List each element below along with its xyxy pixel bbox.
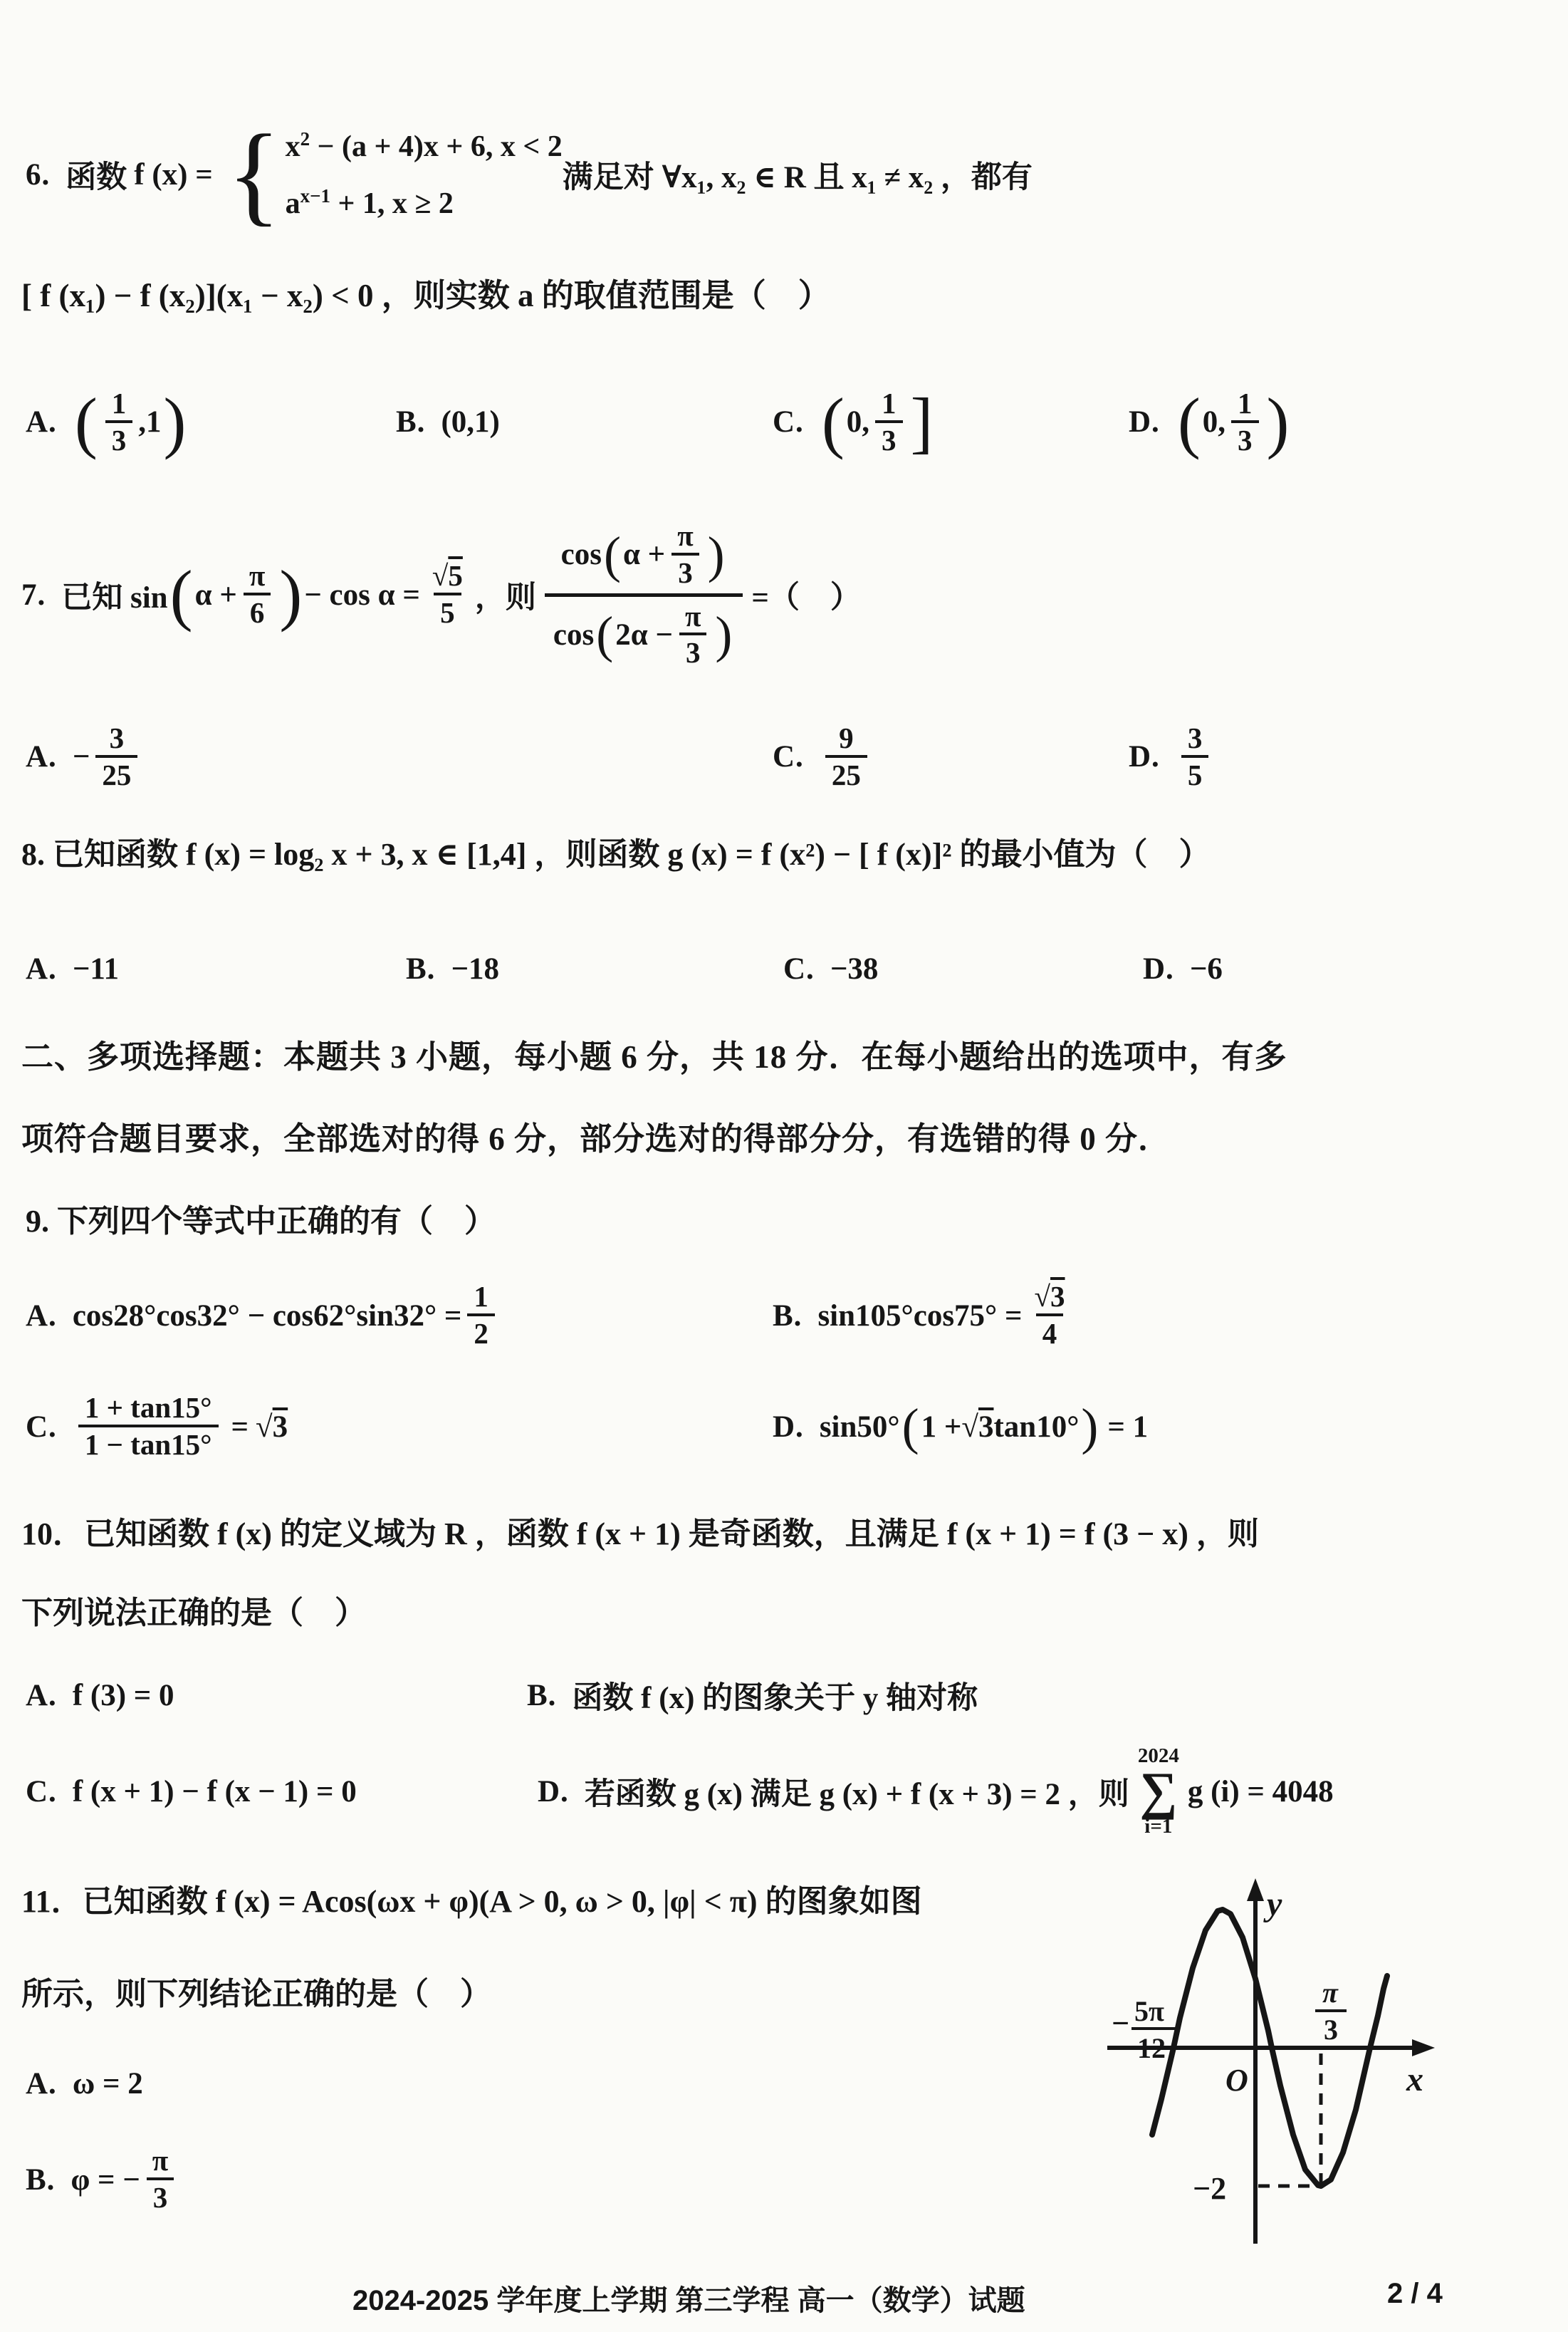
- q7-number: 7.: [21, 578, 46, 613]
- q6-a-open-paren: (: [75, 388, 98, 457]
- q6-option-c: C. ( 0, 13 ]: [773, 360, 936, 484]
- q8-a-value: −11: [73, 952, 119, 987]
- q6-tail: 满足对 ∀x₁, x₂ ∈ R 且 x₁ ≠ x₂ ，都有: [563, 153, 1033, 197]
- q9-option-b-label: B.: [773, 1298, 802, 1333]
- q9-d-pre: sin50°: [820, 1410, 900, 1445]
- q10-option-d-label: D.: [538, 1774, 569, 1809]
- q11-b-fraction: π3: [146, 2145, 174, 2214]
- question-11-stem-line-2: 所示，则下列结论正确的是（ ）: [21, 1968, 491, 2014]
- q10-d-pre: 若函数 g (x) 满足 g (x) + f (x + 3) = 2 ，则: [585, 1770, 1129, 1813]
- q10-b-value: 函数 f (x) 的图象关于 y 轴对称: [572, 1674, 978, 1717]
- q7-num-pi-3: π3: [671, 520, 699, 590]
- q6-a-close-paren: ): [164, 388, 187, 457]
- exam-page: 6. 函数 f (x) = { x2 − (a + 4)x + 6, x < 2…: [0, 0, 1568, 2332]
- y-axis-label: y: [1263, 1885, 1282, 1923]
- q8-option-b-label: B.: [406, 952, 435, 987]
- q6-option-a-label: A.: [26, 405, 57, 439]
- q6-option-d: D. ( 0, 13 ): [1129, 360, 1292, 484]
- q11-option-a: A. ω = 2: [26, 2062, 143, 2105]
- q6-option-c-label: C.: [773, 405, 804, 439]
- q10-d-summation: 2024 ∑ i=1: [1138, 1746, 1179, 1837]
- q6-option-d-label: D.: [1129, 405, 1160, 439]
- q6-feq: f (x) =: [134, 157, 212, 192]
- footer-page-text: 2 / 4: [1387, 2278, 1443, 2310]
- q6-d-pre: 0,: [1203, 405, 1225, 439]
- q9-a-lhs: cos28°cos32° − cos62°sin32° =: [73, 1298, 462, 1333]
- q9-b-lhs: sin105°cos75° =: [817, 1298, 1022, 1333]
- q7-mid: − cos α =: [304, 578, 420, 613]
- q10-option-a: A. f (3) = 0: [26, 1670, 174, 1720]
- q10-d-sum-lower: i=1: [1144, 1816, 1172, 1837]
- q6-c-pre: 0,: [847, 405, 869, 439]
- q7-option-c-label: C.: [773, 739, 804, 774]
- q9-d-inner-2: tan10°: [993, 1410, 1079, 1445]
- q9-option-a: A. cos28°cos32° − cos62°sin32° = 12: [26, 1262, 501, 1369]
- x-axis-arrow: [1412, 2039, 1435, 2056]
- q6-brace: {: [227, 124, 281, 225]
- q6-a-rest: ,1: [138, 405, 161, 439]
- q8-option-d: D. −6: [1143, 944, 1223, 994]
- question-11-stem-line-1: 11．已知函数 f (x) = Acos(ωx + φ)(A > 0, ω > …: [21, 1875, 922, 1921]
- q9-c-fraction: 1 + tan15°1 − tan15°: [78, 1392, 219, 1462]
- q6-piecewise: x2 − (a + 4)x + 6, x < 2 ax−1 + 1, x ≥ 2: [286, 128, 563, 221]
- q7-pi-6-fraction: π6: [243, 560, 271, 630]
- q9-option-c-label: C.: [26, 1410, 57, 1445]
- q10-a-value: f (3) = 0: [73, 1678, 174, 1713]
- q8-c-value: −38: [830, 952, 879, 987]
- q6-option-a: A. ( 13 ,1 ): [26, 360, 189, 484]
- q7-den-pi-3: π3: [679, 600, 707, 670]
- q7-big-numerator: cos ( α + π3 ): [553, 516, 736, 593]
- q7-big-fraction: cos ( α + π3 ) cos ( 2α − π3 ): [545, 516, 743, 674]
- function-graph: y x O −2 − 5π 12 π 3: [1079, 1855, 1563, 2283]
- q9-c-equals: =: [231, 1410, 249, 1445]
- q6-option-b: B. (0,1): [396, 360, 500, 484]
- q11-option-b-label: B.: [26, 2162, 55, 2197]
- q9-option-d: D. sin50° ( 1 + √3 tan10° ) = 1: [773, 1373, 1155, 1480]
- footer-title: 2024-2025 学年度上学期 第三学程 高一（数学）试题: [352, 2278, 1025, 2318]
- q8-option-d-label: D.: [1143, 952, 1174, 987]
- q9-option-b: B. sin105°cos75° = √34: [773, 1262, 1077, 1369]
- q10-option-c: C. f (x + 1) − f (x − 1) = 0: [26, 1731, 357, 1852]
- q9-c-sqrt3: √3: [256, 1410, 288, 1445]
- q9-option-a-label: A.: [26, 1298, 57, 1333]
- q7-then: ，则: [475, 573, 536, 617]
- q10-option-a-label: A.: [26, 1678, 57, 1713]
- q10-text-2: 下列说法正确的是（ ）: [21, 1587, 366, 1633]
- q8-option-c-label: C.: [783, 952, 815, 987]
- question-10-stem-line-2: 下列说法正确的是（ ）: [21, 1587, 366, 1633]
- q10-option-c-label: C.: [26, 1774, 57, 1809]
- q9-b-fraction: √34: [1028, 1281, 1072, 1350]
- section-2-text-2: 项符合题目要求，全部选对的得 6 分，部分选对的得部分分，有选错的得 0 分．: [21, 1113, 1171, 1159]
- question-8-stem: 8. 已知函数 f (x) = log₂ x + 3, x ∈ [1,4] ，则…: [21, 828, 1210, 874]
- q10-option-d: D. 若函数 g (x) 满足 g (x) + f (x + 3) = 2 ，则…: [538, 1731, 1334, 1852]
- q7-big-denominator: cos ( 2α − π3 ): [545, 593, 743, 674]
- left-zero-numerator: 5π: [1134, 1995, 1164, 2027]
- q6-case-1: x2 − (a + 4)x + 6, x < 2: [286, 128, 563, 164]
- question-7-stem: 7. 已知 sin ( α + π6 ) − cos α = √55 ，则 co…: [21, 491, 861, 698]
- q8-option-b: B. −18: [406, 944, 499, 994]
- section-2-text-1: 二、多项选择题：本题共 3 小题，每小题 6 分，共 18 分．在每小题给出的选…: [21, 1031, 1287, 1077]
- q6-c-fraction: 13: [875, 387, 903, 457]
- q11-option-b: B. φ = − π3: [26, 2126, 180, 2233]
- y-axis-arrow: [1247, 1878, 1264, 1901]
- q7-alpha-plus: α +: [195, 578, 237, 613]
- q10-option-b: B. 函数 f (x) 的图象关于 y 轴对称: [527, 1670, 978, 1720]
- q11-a-value: ω = 2: [73, 2066, 143, 2101]
- q9-d-rhs: = 1: [1107, 1410, 1148, 1445]
- q6-d-close-paren: ): [1267, 388, 1290, 457]
- q6-option-b-label: B.: [396, 405, 425, 439]
- q8-option-a-label: A.: [26, 952, 57, 987]
- q7-equals-blank: =（ ）: [751, 573, 861, 617]
- q7-c-fraction: 925: [825, 722, 867, 792]
- q11-b-lhs: φ = −: [70, 2162, 140, 2197]
- sigma-symbol: ∑: [1139, 1766, 1177, 1816]
- min-x-numerator: π: [1322, 1977, 1339, 2009]
- q7-option-d: D. 35: [1129, 709, 1214, 805]
- q9-text: 9. 下列四个等式中正确的有（ ）: [26, 1195, 496, 1241]
- q7-paren-open: (: [170, 561, 193, 629]
- x-axis-label: x: [1406, 2061, 1423, 2098]
- q11-text-2: 所示，则下列结论正确的是（ ）: [21, 1968, 491, 2014]
- q9-d-sqrt3: √3: [961, 1410, 993, 1445]
- question-9-stem: 9. 下列四个等式中正确的有（ ）: [26, 1195, 496, 1241]
- q7-option-d-label: D.: [1129, 739, 1160, 774]
- q8-b-value: −18: [451, 952, 499, 987]
- q10-d-post: g (i) = 4048: [1188, 1774, 1334, 1809]
- q6-d-open-paren: (: [1178, 388, 1201, 457]
- q9-option-d-label: D.: [773, 1410, 804, 1445]
- footer-page-number: 2 / 4: [1387, 2278, 1443, 2310]
- q8-d-value: −6: [1190, 952, 1223, 987]
- q7-d-fraction: 35: [1181, 722, 1209, 792]
- q6-condition-text: [ f (x₁) − f (x₂)](x₁ − x₂) < 0 ，则实数 a 的…: [21, 269, 830, 316]
- q9-option-c: C. 1 + tan15°1 − tan15° = √3: [26, 1373, 288, 1480]
- q10-text-1: 10．已知函数 f (x) 的定义域为 R ，函数 f (x + 1) 是奇函数…: [21, 1508, 1259, 1553]
- q7-option-a-label: A.: [26, 739, 57, 774]
- q9-d-open-paren: (: [902, 1401, 919, 1452]
- q7-option-c: C. 925: [773, 709, 873, 805]
- q6-b-text: (0,1): [441, 405, 499, 439]
- q10-c-value: f (x + 1) − f (x − 1) = 0: [73, 1774, 357, 1809]
- q7-a-fraction: 325: [95, 722, 137, 792]
- section-2-header-line-1: 二、多项选择题：本题共 3 小题，每小题 6 分，共 18 分．在每小题给出的选…: [21, 1031, 1287, 1077]
- q9-d-close-paren: ): [1081, 1401, 1098, 1452]
- q8-option-a: A. −11: [26, 944, 119, 994]
- q11-text-1: 11．已知函数 f (x) = Acos(ωx + φ)(A > 0, ω > …: [21, 1875, 922, 1921]
- question-6-stem: 6. 函数 f (x) = { x2 − (a + 4)x + 6, x < 2…: [26, 68, 1033, 281]
- q7-a-sign: −: [73, 739, 90, 774]
- footer-title-text: 2024-2025 学年度上学期 第三学程 高一（数学）试题: [352, 2278, 1025, 2318]
- q6-condition-line: [ f (x₁) − f (x₂)](x₁ − x₂) < 0 ，则实数 a 的…: [21, 269, 830, 316]
- left-zero-sign: −: [1112, 2006, 1129, 2041]
- origin-label: O: [1225, 2063, 1248, 2098]
- q8-text: 8. 已知函数 f (x) = log₂ x + 3, x ∈ [1,4] ，则…: [21, 828, 1210, 874]
- q8-option-c: C. −38: [783, 944, 878, 994]
- q9-a-fraction: 12: [467, 1281, 495, 1350]
- q11-option-a-label: A.: [26, 2066, 57, 2101]
- q7-option-a: A. − 325: [26, 709, 143, 805]
- q7-lead: 已知 sin: [61, 573, 167, 617]
- q6-case-2: ax−1 + 1, x ≥ 2: [286, 185, 563, 221]
- section-2-header-line-2: 项符合题目要求，全部选对的得 6 分，部分选对的得部分分，有选错的得 0 分．: [21, 1113, 1171, 1159]
- question-10-stem-line-1: 10．已知函数 f (x) 的定义域为 R ，函数 f (x + 1) 是奇函数…: [21, 1508, 1259, 1553]
- q6-lead: 函数: [66, 153, 127, 197]
- left-zero-denominator: 12: [1137, 2032, 1166, 2064]
- min-x-denominator: 3: [1324, 2014, 1338, 2046]
- q6-c-open-paren: (: [822, 388, 845, 457]
- q6-a-fraction: 13: [105, 387, 133, 457]
- q7-paren-close: ): [279, 561, 302, 629]
- q9-d-inner-1: 1 +: [921, 1410, 962, 1445]
- q7-sqrt5-fraction: √55: [426, 560, 469, 630]
- q6-number: 6.: [26, 157, 50, 192]
- q10-option-b-label: B.: [527, 1678, 556, 1713]
- q6-d-fraction: 13: [1231, 387, 1259, 457]
- min-value-label: −2: [1193, 2171, 1226, 2206]
- q6-c-close-bracket: ]: [911, 388, 934, 457]
